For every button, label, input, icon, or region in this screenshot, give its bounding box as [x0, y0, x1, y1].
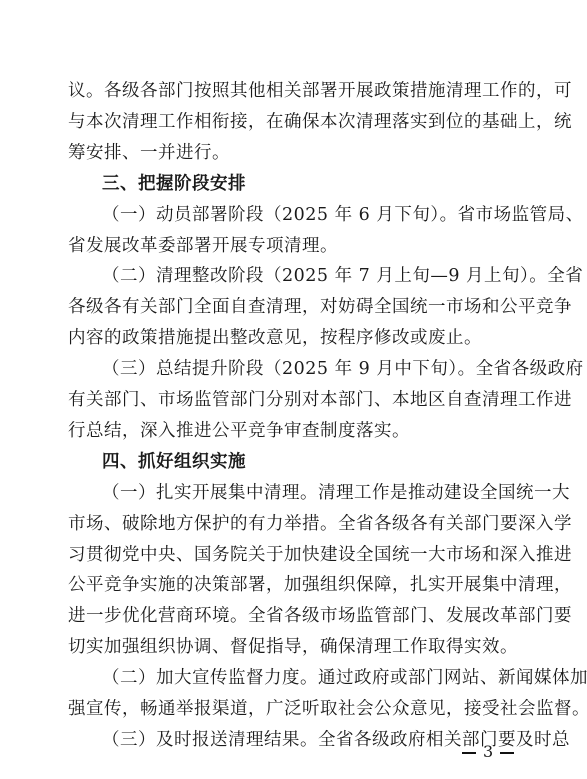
body-line: （二）加大宣传监督力度。通过政府或部门网站、新闻媒体加 [102, 666, 518, 690]
page-number-value: 3 [483, 742, 493, 761]
body-line: 进一步优化营商环境。全省各级市场监管部门、发展改革部门要 [68, 604, 518, 628]
body-line: 各级各有关部门全面自查清理，对妨碍全国统一市场和公平竞争 [68, 295, 518, 319]
page-number: 3 [455, 742, 521, 762]
body-line: 强宣传，畅通举报渠道，广泛听取社会公众意见，接受社会监督。 [68, 697, 518, 721]
body-line: 习贯彻党中央、国务院关于加快建设全国统一大市场和深入推进 [68, 543, 518, 567]
body-line: 筹安排、一并进行。 [68, 141, 518, 165]
document-page: 议。各级各部门按照其他相关部署开展政策措施清理工作的，可 与本次清理工作相衔接，… [0, 0, 587, 779]
body-line: （一）动员部署阶段（2025 年 6 月下旬）。省市场监管局、 [102, 203, 518, 227]
section-heading: 四、抓好组织实施 [102, 450, 518, 474]
body-line: 与本次清理工作相衔接，在确保本次清理落实到位的基础上，统 [68, 110, 518, 134]
body-line: 切实加强组织协调、督促指导，确保清理工作取得实效。 [68, 635, 518, 659]
body-line: 行总结，深入推进公平竞争审查制度落实。 [68, 419, 518, 443]
body-line: 公平竞争实施的决策部署，加强组织保障，扎实开展集中清理， [68, 573, 518, 597]
body-line: （一）扎实开展集中清理。清理工作是推动建设全国统一大 [102, 481, 518, 505]
body-line: 内容的政策措施提出整改意见，按程序修改或废止。 [68, 326, 518, 350]
body-line: （三）总结提升阶段（2025 年 9 月中下旬）。全省各级政府 [102, 357, 518, 381]
body-line: 省发展改革委部署开展专项清理。 [68, 234, 518, 258]
section-heading: 三、把握阶段安排 [102, 172, 518, 196]
body-line: （二）清理整改阶段（2025 年 7 月上旬—9 月上旬）。全省 [102, 264, 518, 288]
dash-left [462, 752, 476, 754]
body-line: 议。各级各部门按照其他相关部署开展政策措施清理工作的，可 [68, 79, 518, 103]
body-line: 市场、破除地方保护的有力举措。全省各级各有关部门要深入学 [68, 512, 518, 536]
body-line: 有关部门、市场监管部门分别对本部门、本地区自查清理工作进 [68, 388, 518, 412]
dash-right [500, 752, 514, 754]
